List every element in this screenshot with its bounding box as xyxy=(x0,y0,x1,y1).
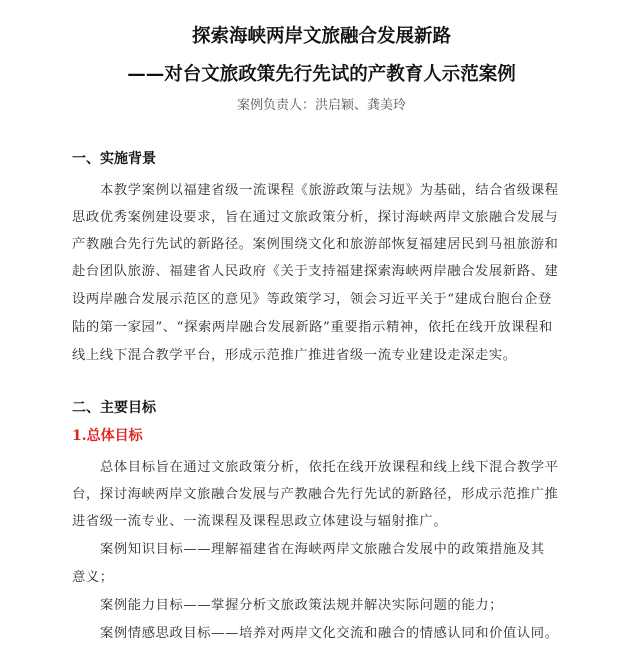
paragraph-line: 案例能力目标——掌握分析文旅政策法规并解决实际问题的能力； xyxy=(100,594,503,613)
paragraph-line: 意义； xyxy=(72,566,114,585)
paragraph-line: 案例知识目标——理解福建省在海峡两岸文旅融合发展中的政策措施及其 xyxy=(100,538,545,557)
subheading-overall-goal: 1.总体目标 xyxy=(72,425,143,445)
doc-title-main: 探索海峡两岸文旅融合发展新路 xyxy=(0,22,643,48)
paragraph-line: 总体目标旨在通过文旅政策分析，依托在线开放课程和线上线下混合教学平 xyxy=(100,456,559,475)
paragraph-line: 线上线下混合教学平台，形成示范推广推进省级一流专业建设走深走实。 xyxy=(72,344,517,363)
paragraph-line: 案例情感思政目标——培养对两岸文化交流和融合的情感认同和价值认同。 xyxy=(100,622,559,641)
doc-title-sub: ——对台文旅政策先行先试的产教育人示范案例 xyxy=(0,60,643,86)
doc-author: 案例负责人：洪启颖、龚美玲 xyxy=(0,94,643,113)
paragraph-line: 进省级一流专业、一流课程及课程思政立体建设与辐射推广。 xyxy=(72,510,447,529)
paragraph-line: 陆的第一家园”、“探索两岸融合发展新路”重要指示精神，依托在线开放课程和 xyxy=(72,316,553,335)
paragraph-line: 产教融合先行先试的新路径。案例围绕文化和旅游部恢复福建居民到马祖旅游和 xyxy=(72,233,558,252)
paragraph-line: 台，探讨海峡两岸文旅融合发展与产教融合先行先试的新路径，形成示范推广推 xyxy=(72,483,558,502)
paragraph-line: 设两岸融合发展示范区的意见》等政策学习，领会习近平关于“建成台胞台企登 xyxy=(72,288,552,307)
paragraph-line: 本教学案例以福建省级一流课程《旅游政策与法规》为基础，结合省级课程 xyxy=(100,179,559,198)
section-heading-background: 一、实施背景 xyxy=(72,148,156,168)
section-heading-goals: 二、主要目标 xyxy=(72,397,156,417)
paragraph-line: 思政优秀案例建设要求，旨在通过文旅政策分析，探讨海峡两岸文旅融合发展与 xyxy=(72,206,558,225)
paragraph-line: 赴台团队旅游、福建省人民政府《关于支持福建探索海峡两岸融合发展新路、建 xyxy=(72,260,558,279)
